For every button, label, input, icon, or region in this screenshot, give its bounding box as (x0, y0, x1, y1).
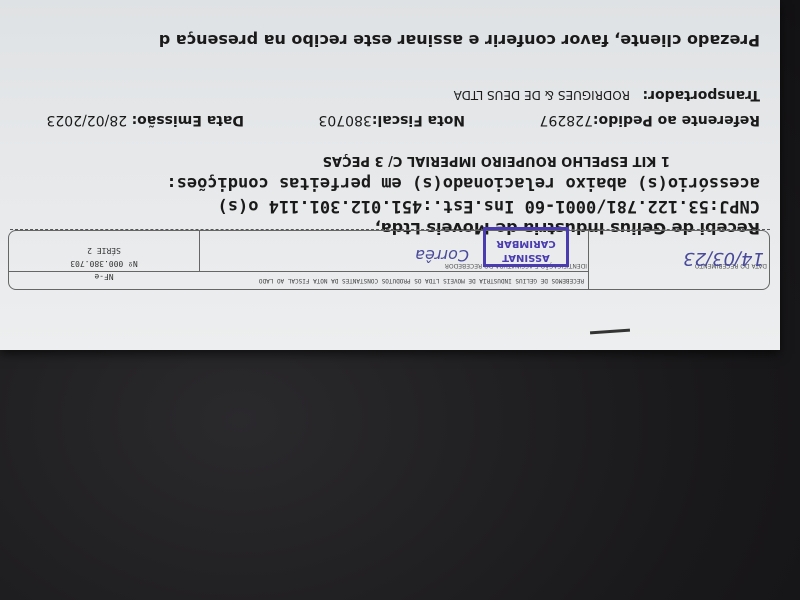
pedido-label: Referente ao Pedido: (593, 112, 760, 128)
signature: Corrêa (415, 246, 469, 265)
cnpj-line: CNPJ:53.122.781/0001-60 Ins.Est.:451.012… (218, 196, 760, 216)
receipt-stub: RECEBEMOS DE GELIUS INDUSTRIA DE MOVEIS … (8, 230, 770, 290)
stub-date-value: 14/03/23 (683, 248, 764, 269)
nf-type: NF-e (19, 270, 189, 283)
pedido-line: Referente ao Pedido:728297 Nota Fiscal:3… (46, 112, 760, 128)
receipt-paper: Prezado cliente, favor conferir e assina… (0, 0, 780, 350)
nota-label: Nota Fiscal: (372, 112, 465, 128)
notice-text: Prezado cliente, favor conferir e assina… (159, 31, 760, 50)
transportador-label: Transportador: (643, 87, 761, 103)
emissao-label: Data Emissão: (132, 112, 244, 128)
nf-serie: SÉRIE 2 (19, 244, 189, 257)
emissao-value: 28/02/2023 (46, 112, 127, 128)
transportador-value: RODRIGUES & DE DEUS LTDA (454, 88, 630, 102)
nf-number: Nº 000.380.703 (19, 257, 189, 270)
pedido-value: 728297 (540, 112, 593, 128)
nf-box: NF-e Nº 000.380.703 SÉRIE 2 (19, 244, 189, 283)
item-line: 1 KIT ESPELHO ROUPEIRO IMPERIAL C/ 3 PEÇ… (323, 153, 670, 168)
acessorio-line: acessório(s) abaixo relacionado(s) em pe… (166, 173, 760, 193)
receipt-rotated: Prezado cliente, favor conferir e assina… (0, 0, 780, 350)
stamp: ASSINAT CARIMBAR (483, 227, 569, 267)
transportador-line: Transportador: RODRIGUES & DE DEUS LTDA (454, 87, 760, 103)
nota-value: 380703 (318, 112, 371, 128)
